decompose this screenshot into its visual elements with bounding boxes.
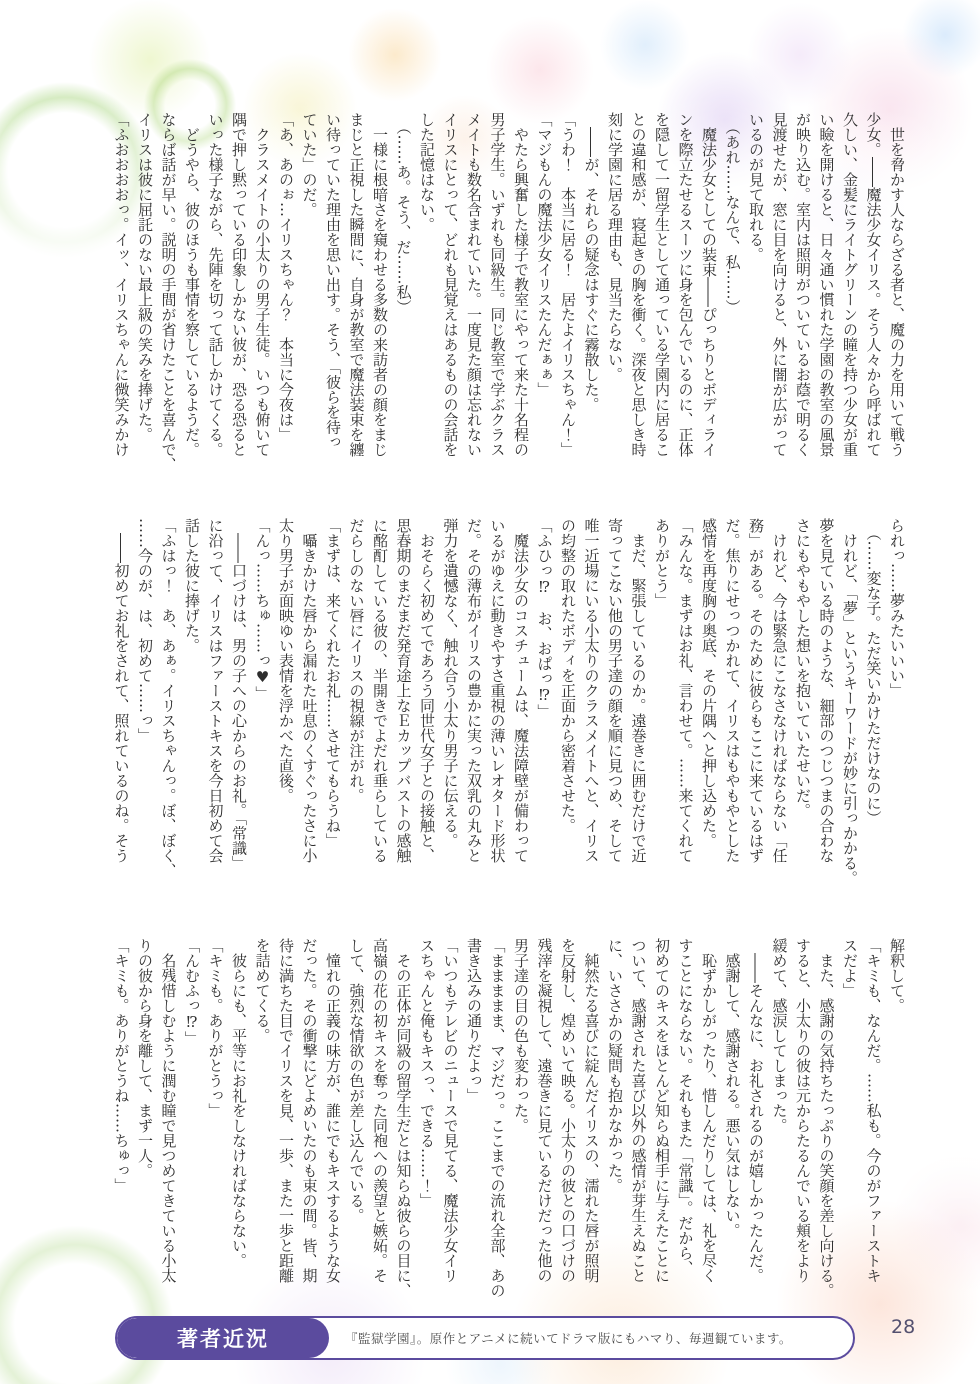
text-column: 「ふひっ⁉ お、おぱっ⁉」 xyxy=(532,518,556,948)
text-column: いるのが見て取れる。 xyxy=(744,112,768,542)
text-column: ありがとう」 xyxy=(650,518,674,948)
text-column: 「みんな。まずはお礼、言わせて。……来てくれて xyxy=(673,518,697,948)
text-column: した記憶はない。 xyxy=(415,112,439,542)
text-column: けれど、「夢」というキーワードが妙に引っかかる。 xyxy=(838,518,862,948)
text-column: まだ、緊張しているのか。遠巻きに囲むだけで近 xyxy=(626,518,650,948)
text-column: 思春期のまだまだ発育途上なＥカップバストの感触 xyxy=(391,518,415,948)
text-column: 「あ、あのぉ…イリスちゃん？ 本当に今夜は」 xyxy=(274,112,298,542)
text-column: 男子学生。いずれも同級生。同じ教室で学ぶクラス xyxy=(485,112,509,542)
text-column: ――初めてお礼をされて、照れているのね。そう xyxy=(109,518,133,948)
text-column: に沿って、イリスはファーストキスを今日初めて会 xyxy=(203,518,227,948)
text-column: スちゃんと俺もキスっ、できる……！」 xyxy=(415,938,439,1368)
text-column: 唯一近場にいる小太りのクラスメイトへと、イリス xyxy=(579,518,603,948)
author-status-note: 『監獄学園』。原作とアニメに続いてドラマ版にもハマり、毎週観ています。 xyxy=(329,1329,792,1347)
text-column: られっ……夢みたいいい」 xyxy=(885,518,909,948)
text-column: 世を脅かす人ならざる者と、魔の力を用いて戦う xyxy=(885,112,909,542)
text-column: 解釈して。 xyxy=(885,938,909,1368)
text-column: その正体が同級の留学生だとは知らぬ彼らの目に、 xyxy=(391,938,415,1368)
text-column: の均整の取れたボディを正面から密着させた。 xyxy=(556,518,580,948)
text-column: を反射し、煌めいて映る。小太りの彼との口づけの xyxy=(556,938,580,1368)
text-column: すると、小太りの彼は元からたるんでいる頬をより xyxy=(791,938,815,1368)
text-column: いった様子ながら、先陣を切って話しかけてくる。 xyxy=(203,112,227,542)
text-column: 「ふはっ！ あ、あぁ。イリスちゃんっ。ぼ、ぼく、 xyxy=(156,518,180,948)
text-column: 弾力を遺憾なく、触れ合う小太り男子に伝える。 xyxy=(438,518,462,948)
text-column: 「ふおおおおっ。イッ、イリスちゃんに微笑みかけ xyxy=(109,112,133,542)
text-column: ――が、それらの疑念はすぐに霧散した。 xyxy=(579,112,603,542)
text-column: イリスにとって、どれも見覚えはあるものの会話を xyxy=(438,112,462,542)
text-column: 「んっ……ちゅ……っ♥」 xyxy=(250,518,274,948)
text-column: を詰めてくる。 xyxy=(250,938,274,1368)
text-column: 「うわ！ 本当に居る！ 居たよイリスちゃん！」 xyxy=(556,112,580,542)
text-column: 隅で押し黙っている印象しかない彼が、恐る恐ると xyxy=(227,112,251,542)
text-column: けれど、今は緊急にこなさなければならない「任 xyxy=(767,518,791,948)
text-column: に、いささかの疑問も抱かなかった。 xyxy=(603,938,627,1368)
text-block-2: られっ……夢みたいいい」 （……変な子。ただ笑いかけただけなのに） けれど、「夢… xyxy=(109,518,908,948)
text-column: との違和感が、寝起きの胸を衝く。深夜と思しき時 xyxy=(626,112,650,542)
text-column: 務」がある。そのために彼らもここに来ているはず xyxy=(744,518,768,948)
text-column: ていた」のだ。 xyxy=(297,112,321,542)
text-column: （あれ……なんで、私……） xyxy=(720,112,744,542)
text-column: 感情を再度胸の奥底、その片隅へと押し込めた。 xyxy=(697,518,721,948)
text-column: 「ままままま、マジだっ。ここまでの流れ全部、あの xyxy=(485,938,509,1368)
text-column: を隠して一留学生として通っている学園内に居るこ xyxy=(650,112,674,542)
text-column: して、強烈な情欲の色が差し込んでいる。 xyxy=(344,938,368,1368)
text-column: 少女。――魔法少女イリス。そう人々から呼ばれて xyxy=(861,112,885,542)
text-column: 感謝して、感謝される。悪い気はしない。 xyxy=(720,938,744,1368)
text-column: 一様に根暗さを窺わせる多数の来訪者の顔をまじ xyxy=(368,112,392,542)
text-column: 男子達の目の色も変わった。 xyxy=(509,938,533,1368)
text-column: ――そんなに、お礼されるのが嬉しかったんだ。 xyxy=(744,938,768,1368)
text-column: 純然たる喜びに綻んだイリスの、濡れた唇が照明 xyxy=(579,938,603,1368)
text-column: クラスメイトの小太りの男子生徒。いつも俯いて xyxy=(250,112,274,542)
text-column: 残滓を凝視して、遠巻きに見ているだけだった他の xyxy=(532,938,556,1368)
text-column: （……あ。そう、だ……私） xyxy=(391,112,415,542)
text-column: 恥ずかしがったり、惜しんだりしては、礼を尽く xyxy=(697,938,721,1368)
text-column: 「キミも。ありがとうね……ちゅっ」 xyxy=(109,938,133,1368)
text-column: （……変な子。ただ笑いかけただけなのに） xyxy=(861,518,885,948)
text-column: 「キミも、なんだ。……私も。今のがファーストキ xyxy=(861,938,885,1368)
text-column: ならば話が早い。説明の手間が省けたことを喜んで、 xyxy=(156,112,180,542)
text-column: 「マジもんの魔法少女イリスたんだぁぁ」 xyxy=(532,112,556,542)
text-block-1: 世を脅かす人ならざる者と、魔の力を用いて戦う少女。――魔法少女イリス。そう人々か… xyxy=(109,112,908,542)
text-block-3: 解釈して。「キミも、なんだ。……私も。今のがファーストキスだよ」 また、感謝の気… xyxy=(109,938,908,1368)
author-status-label: 著者近況 xyxy=(117,1318,329,1358)
text-column: いるがゆえに動きやすさ重視の薄いレオタード形状 xyxy=(485,518,509,948)
text-column: い待っていた理由を思い出す。そう、「彼らを待っ xyxy=(321,112,345,542)
text-column: メイトも数名含まれていた。一度見た顔は忘れない xyxy=(462,112,486,542)
text-column: だらしのない唇にイリスの視線が注がれ。 xyxy=(344,518,368,948)
text-column: ンを際立たせるスーツに身を包んでいるのに、正体 xyxy=(673,112,697,542)
text-column: が映り込む。室内は照明がついているお蔭で明るく xyxy=(791,112,815,542)
text-column: 「いつもテレビのニュースで見てる、魔法少女イリ xyxy=(438,938,462,1368)
text-column: に酩酊している彼の、半開きでよだれ垂らしている xyxy=(368,518,392,948)
text-column: 刻に学園に居る理由も、見当たらない。 xyxy=(603,112,627,542)
text-column: おそらく初めてであろう同世代女子との接触と、 xyxy=(415,518,439,948)
text-column: 書き込みの通りだよっ」 xyxy=(462,938,486,1368)
text-column: すことにならない。それもまた「常識」。だから、 xyxy=(673,938,697,1368)
text-column: 憧れの正義の味方が、誰にでもキスするような女 xyxy=(321,938,345,1368)
text-column: 魔法少女としての装束――ぴっちりとボディライ xyxy=(697,112,721,542)
text-column: 「まずは、来てくれたお礼……させてもらうね」 xyxy=(321,518,345,948)
text-column: 話した彼に捧げた。 xyxy=(180,518,204,948)
text-column: りの彼から身を離して、まず一人。 xyxy=(133,938,157,1368)
text-column: い瞼を開けると、日々通い慣れた学園の教室の風景 xyxy=(814,112,838,542)
text-column: 寄ってこない他の男子達の顔を順に見つめ、そして xyxy=(603,518,627,948)
text-column: イリスは彼に屈託のない最上級の笑みを捧げた。 xyxy=(133,112,157,542)
text-column: 待に満ちた目でイリスを見、一歩、また一歩と距離 xyxy=(274,938,298,1368)
text-column: 太り男子が面映ゆい表情を浮かべた直後。 xyxy=(274,518,298,948)
text-column: 見渡せたが、窓に目を向けると、外に闇が広がって xyxy=(767,112,791,542)
text-column: どうやら、彼のほうも事情を察しているようだ。 xyxy=(180,112,204,542)
text-column: 「キミも。ありがとうっ」 xyxy=(203,938,227,1368)
text-column: 緩めて、感涙してしまった。 xyxy=(767,938,791,1368)
text-column: だった。その衝撃にどよめいたのも束の間。皆、期 xyxy=(297,938,321,1368)
text-column: 夢を見ている時のような、細部のつじつまの合わな xyxy=(814,518,838,948)
text-column: 彼らにも、平等にお礼をしなければならない。 xyxy=(227,938,251,1368)
text-column: 初めてのキスをほとんど知らぬ相手に与えたことに xyxy=(650,938,674,1368)
text-column: 名残惜しむように潤む瞳で見つめてきている小太 xyxy=(156,938,180,1368)
text-column: ――口づけは、男の子への心からのお礼。「常識」 xyxy=(227,518,251,948)
text-column: さにもやもやした想いを抱いていたせいだ。 xyxy=(791,518,815,948)
page-number: 28 xyxy=(891,1316,915,1338)
text-column: だ。その薄布がイリスの豊かに実った双乳の丸みと xyxy=(462,518,486,948)
text-column: また、感謝の気持ちたっぷりの笑顔を差し向ける。 xyxy=(814,938,838,1368)
text-column: まじと正視した瞬間に、自身が教室で魔法装束を纏 xyxy=(344,112,368,542)
text-column: 魔法少女のコスチュームは、魔法障壁が備わって xyxy=(509,518,533,948)
text-column: 久しい、金髪にライトグリーンの瞳を持つ少女が重 xyxy=(838,112,862,542)
text-column: やたら興奮した様子で教室にやって来た十名程の xyxy=(509,112,533,542)
text-column: スだよ」 xyxy=(838,938,862,1368)
text-column: ついて、感謝された喜び以外の感情が芽生えぬこと xyxy=(626,938,650,1368)
author-status-bar: 著者近況 『監獄学園』。原作とアニメに続いてドラマ版にもハマり、毎週観ています。 xyxy=(115,1316,855,1360)
text-column: 囁きかけた唇から漏れた吐息のくすぐったさに小 xyxy=(297,518,321,948)
text-column: 高嶺の花の初キスを奪った同袍への羨望と嫉妬。そ xyxy=(368,938,392,1368)
text-column: 「んむふっ⁉」 xyxy=(180,938,204,1368)
text-column: だ。焦りにせっつかれて、イリスはもやもやとした xyxy=(720,518,744,948)
text-column: ……今のが、は、初めて……っ」 xyxy=(133,518,157,948)
